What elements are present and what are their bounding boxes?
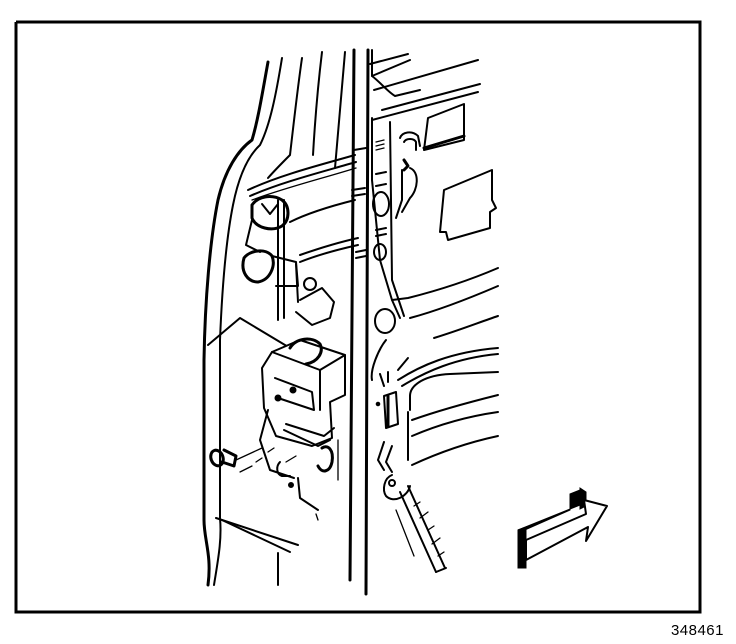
lock-actuator: [243, 197, 334, 325]
body-side-lower: [392, 268, 498, 465]
door-latch: [260, 339, 345, 520]
front-of-vehicle-arrow: [518, 488, 607, 568]
door-panel: [204, 52, 345, 585]
body-openings: [424, 104, 496, 240]
latch-bolt: [209, 448, 296, 472]
diagram-canvas: 348461: [0, 0, 736, 644]
striker: [376, 372, 398, 428]
body-pillar: [350, 50, 386, 594]
wiring-harness-clip: [396, 132, 420, 218]
door-check: [378, 442, 446, 572]
figure-number: 348461: [671, 622, 724, 639]
body-side: [370, 50, 480, 333]
